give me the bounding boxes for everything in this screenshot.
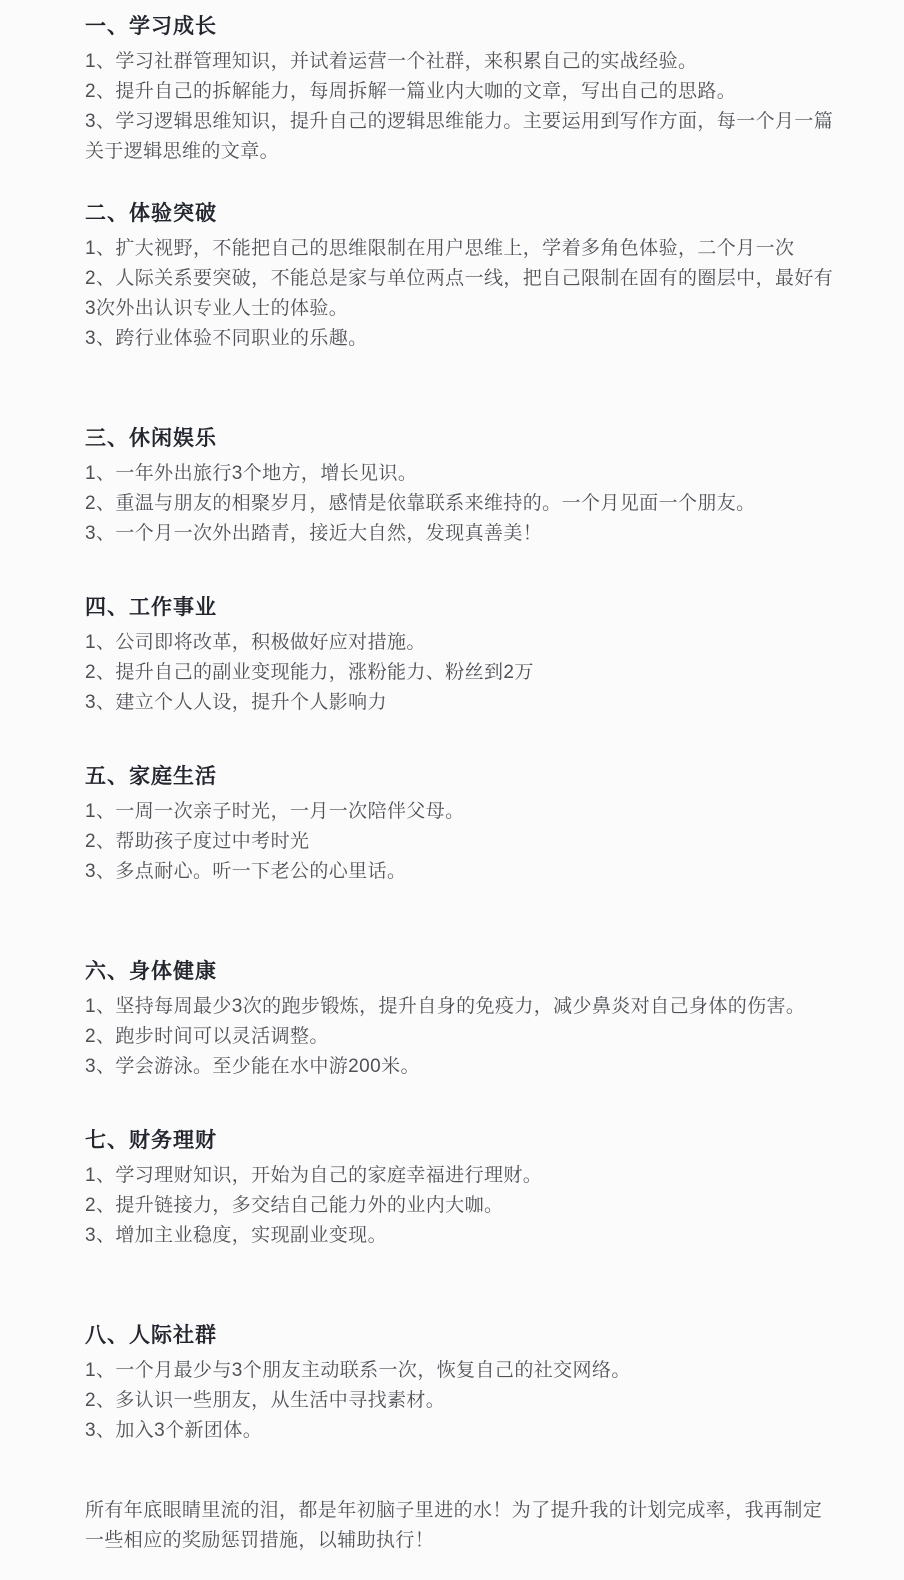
goal-section: 八、人际社群1、一个月最少与3个朋友主动联系一次，恢复自己的社交网络。2、多认识… xyxy=(85,1323,834,1446)
goal-item: 1、学习理财知识，开始为自己的家庭幸福进行理财。 xyxy=(85,1161,834,1191)
section-title: 四、工作事业 xyxy=(85,595,834,621)
section-title: 一、学习成长 xyxy=(85,14,834,40)
section-title: 五、家庭生活 xyxy=(85,764,834,790)
goal-item: 3、增加主业稳度，实现副业变现。 xyxy=(85,1221,834,1251)
section-title: 八、人际社群 xyxy=(85,1323,834,1349)
goal-item: 1、公司即将改革，积极做好应对措施。 xyxy=(85,628,834,658)
goal-sections: 一、学习成长1、学习社群管理知识，并试着运营一个社群，来积累自己的实战经验。2、… xyxy=(85,14,834,1446)
goal-item: 1、一年外出旅行3个地方，增长见识。 xyxy=(85,459,834,489)
section-title: 六、身体健康 xyxy=(85,959,834,985)
goal-item: 3、多点耐心。听一下老公的心里话。 xyxy=(85,857,834,887)
goal-item: 3、学会游泳。至少能在水中游200米。 xyxy=(85,1052,834,1082)
goal-section: 六、身体健康1、坚持每周最少3次的跑步锻炼，提升自身的免疫力，减少鼻炎对自己身体… xyxy=(85,959,834,1082)
section-title: 三、休闲娱乐 xyxy=(85,426,834,452)
goal-item: 1、一周一次亲子时光，一月一次陪伴父母。 xyxy=(85,797,834,827)
goal-item: 1、一个月最少与3个朋友主动联系一次，恢复自己的社交网络。 xyxy=(85,1356,834,1386)
goal-item: 3、学习逻辑思维知识，提升自己的逻辑思维能力。主要运用到写作方面，每一个月一篇关… xyxy=(85,107,834,167)
goal-section: 五、家庭生活1、一周一次亲子时光，一月一次陪伴父母。2、帮助孩子度过中考时光3、… xyxy=(85,764,834,887)
goal-item: 1、坚持每周最少3次的跑步锻炼，提升自身的免疫力，减少鼻炎对自己身体的伤害。 xyxy=(85,992,834,1022)
document: 一、学习成长1、学习社群管理知识，并试着运营一个社群，来积累自己的实战经验。2、… xyxy=(0,0,904,1580)
section-title: 二、体验突破 xyxy=(85,201,834,227)
goal-item: 2、多认识一些朋友，从生活中寻找素材。 xyxy=(85,1386,834,1416)
goal-item: 2、帮助孩子度过中考时光 xyxy=(85,827,834,857)
goal-item: 3、加入3个新团体。 xyxy=(85,1416,834,1446)
goal-item: 2、人际关系要突破，不能总是家与单位两点一线，把自己限制在固有的圈层中，最好有3… xyxy=(85,264,834,324)
goal-section: 七、财务理财1、学习理财知识，开始为自己的家庭幸福进行理财。2、提升链接力，多交… xyxy=(85,1128,834,1251)
goal-item: 1、扩大视野，不能把自己的思维限制在用户思维上，学着多角色体验，二个月一次 xyxy=(85,234,834,264)
goal-item: 2、提升自己的拆解能力，每周拆解一篇业内大咖的文章，写出自己的思路。 xyxy=(85,77,834,107)
goal-section: 三、休闲娱乐1、一年外出旅行3个地方，增长见识。2、重温与朋友的相聚岁月，感情是… xyxy=(85,426,834,549)
section-title: 七、财务理财 xyxy=(85,1128,834,1154)
goal-item: 3、建立个人人设，提升个人影响力 xyxy=(85,688,834,718)
goal-item: 3、跨行业体验不同职业的乐趣。 xyxy=(85,324,834,354)
goal-section: 四、工作事业1、公司即将改革，积极做好应对措施。2、提升自己的副业变现能力，涨粉… xyxy=(85,595,834,718)
goal-item: 1、学习社群管理知识，并试着运营一个社群，来积累自己的实战经验。 xyxy=(85,47,834,77)
goal-item: 2、跑步时间可以灵活调整。 xyxy=(85,1022,834,1052)
goal-item: 2、提升链接力，多交结自己能力外的业内大咖。 xyxy=(85,1191,834,1221)
goal-section: 一、学习成长1、学习社群管理知识，并试着运营一个社群，来积累自己的实战经验。2、… xyxy=(85,14,834,167)
goal-item: 3、一个月一次外出踏青，接近大自然，发现真善美！ xyxy=(85,519,834,549)
closing-note: 所有年底眼睛里流的泪，都是年初脑子里进的水！为了提升我的计划完成率，我再制定一些… xyxy=(85,1496,834,1556)
goal-section: 二、体验突破1、扩大视野，不能把自己的思维限制在用户思维上，学着多角色体验，二个… xyxy=(85,201,834,354)
goal-item: 2、提升自己的副业变现能力，涨粉能力、粉丝到2万 xyxy=(85,658,834,688)
goal-item: 2、重温与朋友的相聚岁月，感情是依靠联系来维持的。一个月见面一个朋友。 xyxy=(85,489,834,519)
